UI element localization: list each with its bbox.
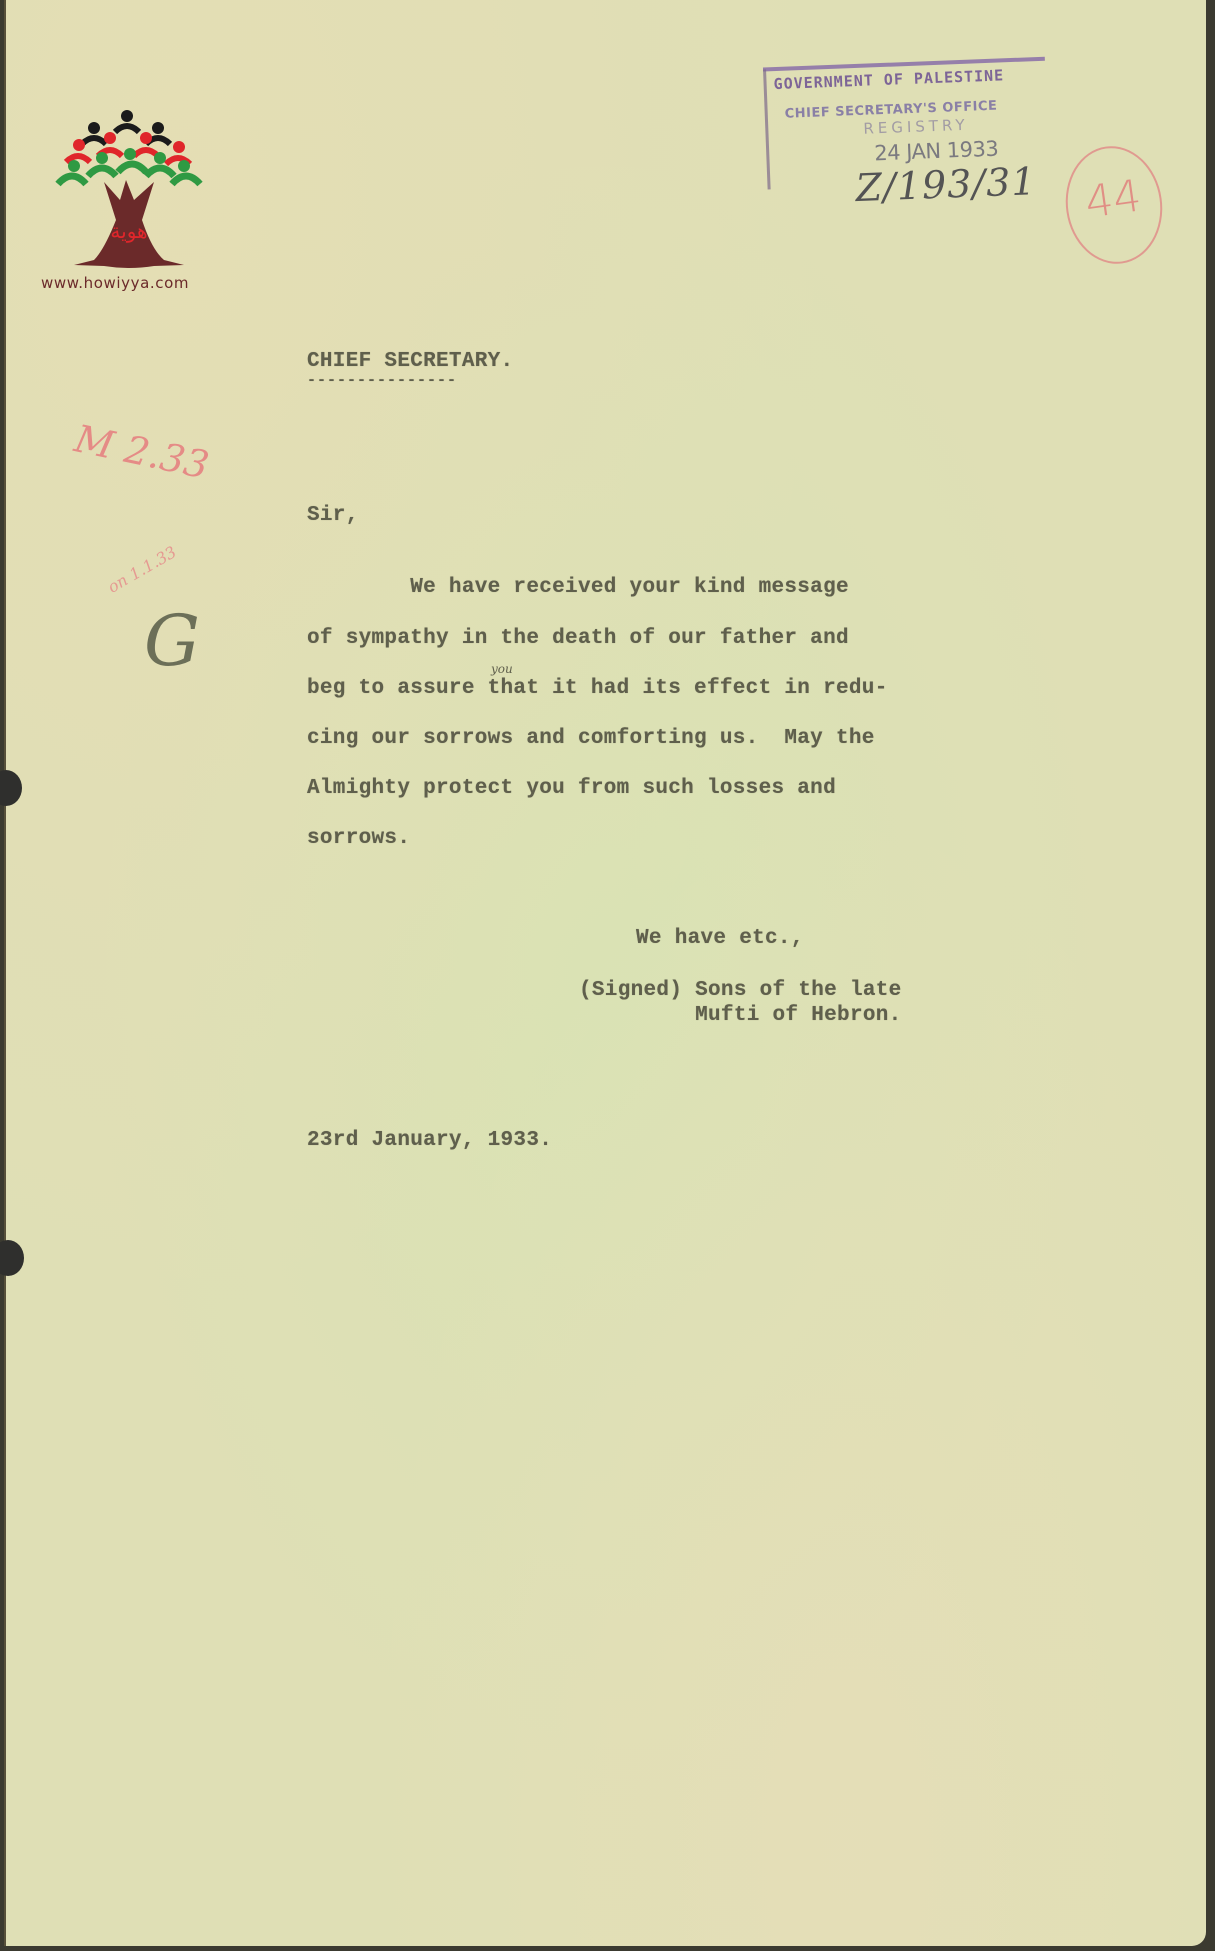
signature-line: Mufti of Hebron. — [579, 1004, 902, 1027]
salutation: Sir, — [307, 504, 359, 527]
punch-hole — [0, 770, 22, 806]
punch-hole — [0, 1240, 24, 1276]
body-line: of sympathy in the death of our father a… — [307, 627, 849, 650]
stamp-government: GOVERNMENT OF PALESTINE — [773, 66, 1004, 93]
stamp-registry: REGISTRY — [863, 116, 969, 138]
signature-line: (Signed) Sons of the late — [579, 979, 902, 1002]
addressee-underline: --------------- — [307, 372, 457, 389]
body-line: sorrows. — [307, 827, 410, 850]
document-page: هوية www.howiyya.com GOVERNMENT OF PALES… — [4, 0, 1206, 1946]
folio-circle: 44 — [1058, 140, 1169, 270]
body-line: beg to assure that it had its effect in … — [307, 677, 888, 700]
registry-stamp: GOVERNMENT OF PALESTINE CHIEF SECRETARY'… — [761, 49, 1058, 240]
addressee: CHIEF SECRETARY. — [307, 350, 513, 373]
folio-number: 44 — [1064, 168, 1162, 231]
letter-date: 23rd January, 1933. — [307, 1129, 552, 1152]
stamp-border — [763, 69, 771, 189]
watermark-url: www.howiyya.com — [41, 274, 189, 292]
file-reference: Z/193/31 — [855, 159, 1037, 210]
svg-text:هوية: هوية — [110, 219, 147, 243]
margin-initial: G — [144, 600, 200, 682]
body-line: Almighty protect you from such losses an… — [307, 777, 836, 800]
margin-note-red-small: on 1.1.33 — [104, 542, 179, 596]
tree-logo-icon: هوية — [34, 100, 224, 300]
body-line: We have received your kind message — [307, 576, 849, 599]
margin-note-red: M 2.33 — [71, 416, 213, 487]
closing: We have etc., — [636, 927, 804, 950]
body-line: cing our sorrows and comforting us. May … — [307, 727, 875, 750]
handwritten-insertion: you — [491, 662, 513, 676]
